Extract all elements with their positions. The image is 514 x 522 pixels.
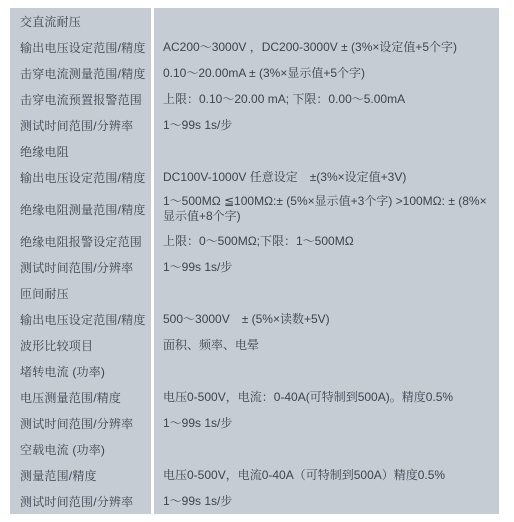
- spec-label-cell: 测试时间范围/分辨率: [10, 112, 151, 138]
- spec-row: 绝缘电阻报警设定范围上限：0～500MΩ;下限：1～500MΩ: [10, 228, 499, 254]
- spec-value-cell: 面积、频率、电晕: [154, 332, 499, 358]
- spec-row: 击穿电流预置报警范围上限：0.10～20.00 mA; 下限：0.00～5.00…: [10, 86, 499, 112]
- spec-label-cell: 绝缘电阻测量范围/精度: [10, 190, 151, 228]
- spec-row: 测量范围/精度电压0-500V，电流0-40A（可特制到500A）精度0.5%: [10, 462, 499, 488]
- spec-value-cell: 1～99s 1s/步: [154, 410, 499, 436]
- spec-value-cell: [154, 436, 499, 462]
- spec-row: 波形比较项目面积、频率、电晕: [10, 332, 499, 358]
- section-title: 匝间耐压: [10, 280, 151, 306]
- spec-value-cell: 电压0-500V，电流：0-40A(可特制到500A)。精度0.5%: [154, 384, 499, 410]
- spec-label-cell: 电压测量范围/精度: [10, 384, 151, 410]
- spec-value-cell: 电压0-500V，电流0-40A（可特制到500A）精度0.5%: [154, 462, 499, 488]
- spec-value-cell: DC100V-1000V 任意设定 ±(3%×设定值+3V): [154, 164, 499, 190]
- section-header-row: 交直流耐压: [10, 8, 499, 34]
- spec-label-cell: 击穿电流测量范围/精度: [10, 60, 151, 86]
- spec-label-cell: 击穿电流预置报警范围: [10, 86, 151, 112]
- spec-value-cell: [154, 138, 499, 164]
- section-header-row: 堵转电流 (功率): [10, 358, 499, 384]
- spec-value-cell: 1～500MΩ ≦100MΩ:± (5%×显示值+3个字) >100MΩ: ± …: [154, 190, 499, 228]
- spec-row: 电压测量范围/精度电压0-500V，电流：0-40A(可特制到500A)。精度0…: [10, 384, 499, 410]
- spec-label-cell: 测试时间范围/分辨率: [10, 488, 151, 514]
- section-header-row: 空载电流 (功率): [10, 436, 499, 462]
- section-title: 堵转电流 (功率): [10, 358, 151, 384]
- spec-label-cell: 测试时间范围/分辨率: [10, 254, 151, 280]
- spec-label-cell: 输出电压设定范围/精度: [10, 164, 151, 190]
- spec-value-cell: [154, 8, 499, 34]
- spec-value-cell: 1～99s 1s/步: [154, 112, 499, 138]
- spec-value-cell: 0.10～20.00mA ± (3%×显示值+5个字): [154, 60, 499, 86]
- section-header-row: 绝缘电阻: [10, 138, 499, 164]
- spec-value-cell: [154, 358, 499, 384]
- spec-label-cell: 输出电压设定范围/精度: [10, 34, 151, 60]
- spec-label-cell: 测量范围/精度: [10, 462, 151, 488]
- spec-value-cell: 500～3000V ± (5%×读数+5V): [154, 306, 499, 332]
- spec-row: 击穿电流测量范围/精度0.10～20.00mA ± (3%×显示值+5个字): [10, 60, 499, 86]
- spec-row: 输出电压设定范围/精度AC200～3000V ，DC200-3000V ± (3…: [10, 34, 499, 60]
- spec-value-cell: AC200～3000V ，DC200-3000V ± (3%×设定值+5个字): [154, 34, 499, 60]
- spec-row: 测试时间范围/分辨率1～99s 1s/步: [10, 254, 499, 280]
- spec-label-cell: 测试时间范围/分辨率: [10, 410, 151, 436]
- spec-row: 测试时间范围/分辨率1～99s 1s/步: [10, 488, 499, 514]
- spec-row: 绝缘电阻测量范围/精度1～500MΩ ≦100MΩ:± (5%×显示值+3个字)…: [10, 190, 499, 228]
- spec-row: 测试时间范围/分辨率1～99s 1s/步: [10, 410, 499, 436]
- spec-value-cell: 1～99s 1s/步: [154, 488, 499, 514]
- spec-label-cell: 输出电压设定范围/精度: [10, 306, 151, 332]
- section-header-row: 匝间耐压: [10, 280, 499, 306]
- spec-row: 输出电压设定范围/精度DC100V-1000V 任意设定 ±(3%×设定值+3V…: [10, 164, 499, 190]
- spec-label-cell: 波形比较项目: [10, 332, 151, 358]
- spec-value-cell: 上限：0～500MΩ;下限：1～500MΩ: [154, 228, 499, 254]
- spec-table: 交直流耐压输出电压设定范围/精度AC200～3000V ，DC200-3000V…: [10, 8, 499, 514]
- spec-row: 测试时间范围/分辨率1～99s 1s/步: [10, 112, 499, 138]
- section-title: 空载电流 (功率): [10, 436, 151, 462]
- spec-label-cell: 绝缘电阻报警设定范围: [10, 228, 151, 254]
- spec-value-cell: [154, 280, 499, 306]
- section-title: 绝缘电阻: [10, 138, 151, 164]
- section-title: 交直流耐压: [10, 8, 151, 34]
- spec-row: 输出电压设定范围/精度500～3000V ± (5%×读数+5V): [10, 306, 499, 332]
- spec-value-cell: 1～99s 1s/步: [154, 254, 499, 280]
- spec-value-cell: 上限：0.10～20.00 mA; 下限：0.00～5.00mA: [154, 86, 499, 112]
